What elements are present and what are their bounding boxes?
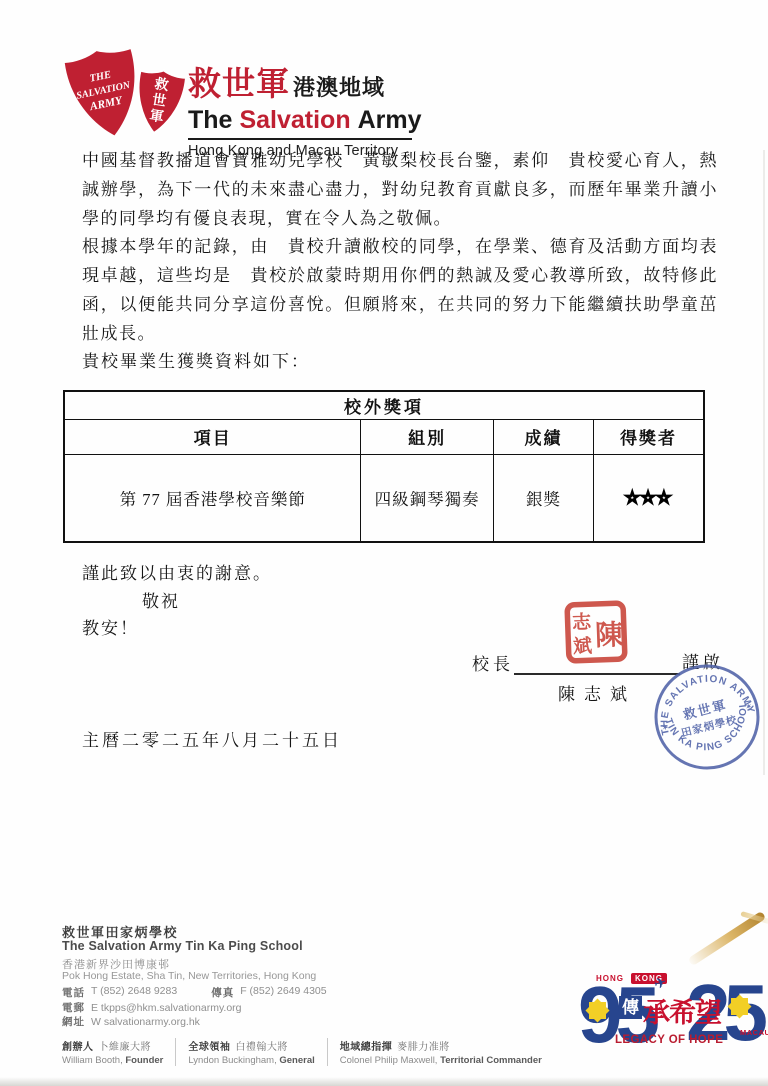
website-label: 網址 [62,1014,85,1029]
fax-value: F (852) 2649 4305 [240,985,326,1000]
footer-fax: 傳真 F (852) 2649 4305 [211,985,326,1000]
legacy-of-hope-label: LEGACY OF HOPE [615,1034,723,1046]
officer-name-en: William Booth, [62,1055,125,1066]
macau-label: MACAU [740,1028,768,1037]
letterhead-chinese-title: 救世軍 港澳地域 [188,58,422,105]
footer-school-name-en: The Salvation Army Tin Ka Ping School [62,939,303,953]
letterhead-divider [188,138,412,140]
officer-founder: 創辦人卜維廉大將 William Booth, Founder [62,1038,175,1066]
closing-salute-prefix: 敬祝 [142,587,180,612]
chuan-character-tile: 傳 [619,996,642,1019]
cell-event: 第 77 屆香港學校音樂節 [64,454,361,542]
officer-title-en: General [279,1055,314,1066]
officer-name-zh: 麥腓力准將 [397,1042,450,1053]
scan-page-edge [763,150,765,775]
column-header-event: 項目 [64,419,361,454]
principal-name-seal-stamp: 陳 志 斌 [563,599,629,665]
letter-paragraph-2: 根據本學年的記錄，由 貴校升讀敝校的同學，在學業、德育及活動方面均表現卓越，這些… [82,232,718,348]
cell-category: 四級鋼琴獨奏 [361,454,493,542]
cheng-hei-mong-characters: 承希望 [643,991,721,1030]
officer-title-zh: 創辦人 [62,1042,94,1053]
footer-website-line: 網址 W salvationarmy.org.hk [62,1014,200,1029]
shield-english: THE SALVATION ARMY [63,46,147,142]
org-name-en-army: Army [358,106,422,135]
email-label: 電郵 [62,1000,85,1015]
officer-name-en: Colonel Philip Maxwell, [340,1055,440,1066]
officer-title-en: Territorial Commander [440,1055,542,1066]
officer-name-zh: 白禮翰大將 [235,1042,288,1053]
principal-name: 陳志斌 [558,680,636,705]
footer-phone: 電話 T (852) 2648 9283 [62,985,177,1000]
footer-address-en: Pok Hong Estate, Sha Tin, New Territorie… [62,970,316,982]
svg-text:軍: 軍 [148,108,164,126]
letterhead-english-title: The Salvation Army [188,106,422,135]
salvation-army-shield-logo-icon: THE SALVATION ARMY 救 世 軍 [60,46,198,146]
footer-officers-row: 創辦人卜維廉大將 William Booth, Founder 全球領袖白禮翰大… [62,1038,554,1066]
column-header-result: 成績 [493,419,593,454]
awards-table: 校外獎項 項目 組別 成績 得獎者 第 77 屆香港學校音樂節 四級鋼琴獨奏 銀… [63,390,705,543]
scan-bottom-shadow [0,1077,768,1086]
cell-awardee-redacted-stars: ☆☆☆ [594,454,704,542]
phone-label: 電話 [62,985,85,1000]
closing-salute: 教安！ [82,614,139,639]
officer-name-zh: 卜維廉大將 [99,1042,152,1053]
territory-zh: 港澳地域 [293,71,385,102]
yellow-star-icon [731,998,748,1015]
footer-email-line: 電郵 E tkpps@hkm.salvationarmy.org [62,1000,242,1015]
svg-text:世: 世 [151,92,167,110]
org-name-zh: 救世軍 [188,58,290,105]
officer-general: 全球領袖白禮翰大將 Lyndon Buckingham, General [175,1038,326,1066]
officer-territorial-commander: 地域總指揮麥腓力准將 Colonel Philip Maxwell, Terri… [327,1038,554,1066]
officer-title-en: Founder [125,1055,163,1066]
org-name-en-the: The [188,106,232,135]
officer-name-en: Lyndon Buckingham, [188,1055,279,1066]
fax-label: 傳真 [211,985,234,1000]
email-value: E tkpps@hkm.salvationarmy.org [91,1002,242,1014]
hong-label: HONG [596,974,624,983]
svg-text:斌: 斌 [573,634,594,658]
org-name-en-salvation: Salvation [239,106,350,135]
footer-phone-fax-line: 電話 T (852) 2648 9283 傳真 F (852) 2649 430… [62,985,327,1000]
awards-table-title: 校外獎項 [64,391,704,419]
column-header-awardee: 得獎者 [594,419,704,454]
letter-paragraph-1: 中國基督教播道會寶雅幼兒學校 黃敏梨校長台鑒，素仰 貴校愛心育人，熱誠辦學，為下… [82,146,718,233]
shield-chinese: 救 世 軍 [131,67,187,137]
school-round-stamp: THE SALVATION ARMY TIN KA PING SCHOOL ✶ … [651,661,763,773]
website-value: W salvationarmy.org.hk [91,1016,200,1028]
officer-title-zh: 地域總指揮 [340,1042,393,1053]
letterhead: 救世軍 港澳地域 The Salvation Army Hong Kong an… [188,58,422,159]
yellow-star-icon [589,1002,606,1019]
column-header-category: 組別 [361,419,493,454]
phone-value: T (852) 2648 9283 [91,985,177,1000]
svg-text:陳: 陳 [595,619,624,652]
awards-intro-line: 貴校畢業生獲獎資料如下： [82,347,310,372]
letter-date: 主曆二零二五年八月二十五日 [82,726,342,751]
principal-label: 校長 [472,650,514,675]
officer-title-zh: 全球領袖 [188,1042,230,1053]
svg-text:志: 志 [572,610,593,634]
anniversary-logo: 95 25 HONG KONG 傳 承希望 ✈ LEGACY OF HOPE M… [582,972,768,1068]
table-row: 第 77 屆香港學校音樂節 四級鋼琴獨奏 銀獎 ☆☆☆ [64,454,704,542]
closing-thanks: 謹此致以由衷的謝意。 [82,559,272,584]
cell-result: 銀獎 [493,454,593,542]
scanned-letter-page: THE SALVATION ARMY 救 世 軍 救世軍 港澳地域 The Sa… [0,0,768,1086]
